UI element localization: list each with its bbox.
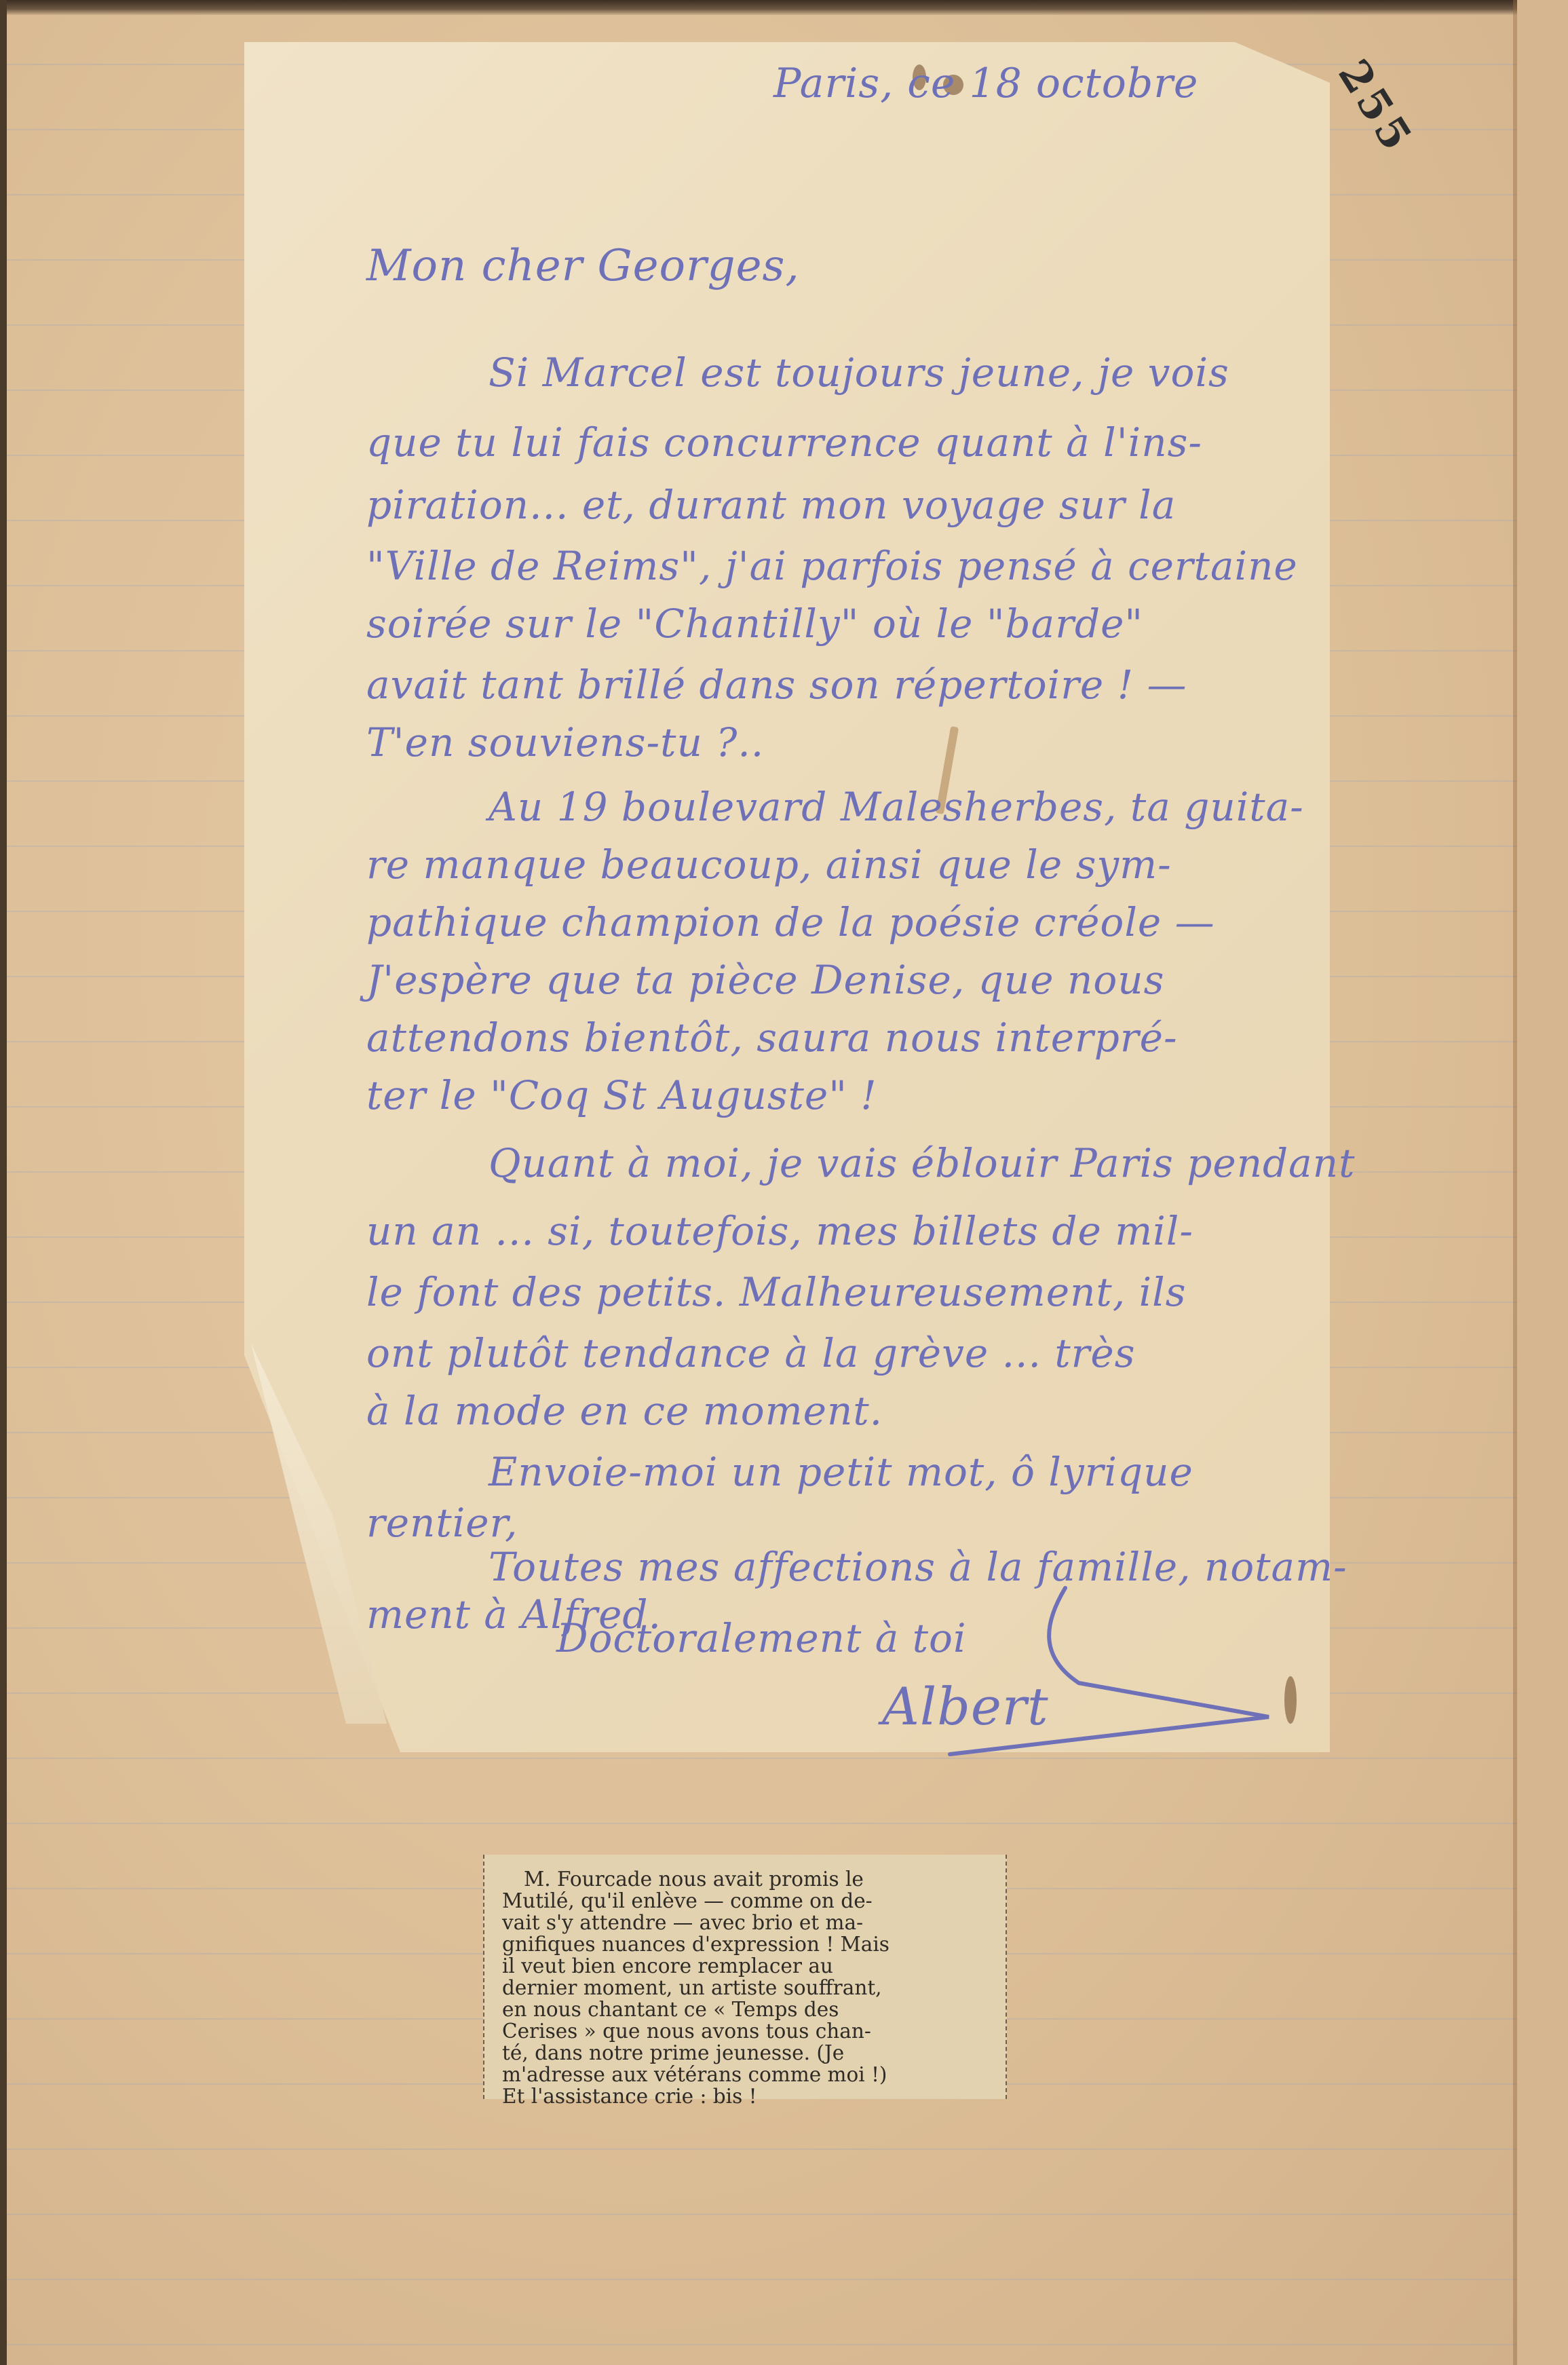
letter-line: re manque beaucoup, ainsi que le sym- — [366, 841, 1172, 888]
clipping-line: vait s'y attendre — avec brio et ma- — [502, 1912, 991, 1933]
letter-line: ter le "Coq St Auguste" ! — [366, 1072, 877, 1118]
letter-closing: Doctoralement à toi — [556, 1615, 967, 1661]
letter-line: J'espère que ta pièce Denise, que nous — [366, 957, 1164, 1003]
clipping-line: Et l'assistance crie : bis ! — [502, 2085, 991, 2107]
letter-line: Au 19 boulevard Malesherbes, ta guita- — [489, 784, 1304, 830]
letter-line: pathique champion de la poésie créole — — [366, 899, 1215, 945]
newspaper-clipping: M. Fourcade nous avait promis le Mutilé,… — [483, 1855, 1007, 2099]
clipping-line: té, dans notre prime jeunesse. (Je — [502, 2042, 991, 2064]
letter-line: le font des petits. Malheureusement, ils — [366, 1269, 1186, 1315]
scrapbook-page: 255 Paris, ce 18 octobre Mon cher George… — [0, 0, 1568, 2365]
binding-edge — [0, 0, 7, 2365]
clipping-line: M. Fourcade nous avait promis le — [502, 1868, 991, 1890]
page-number-stamp: 255 — [1328, 51, 1423, 162]
clipping-line: gnifiques nuances d'expression ! Mais — [502, 1933, 991, 1955]
letter-line: rentier, — [366, 1500, 518, 1546]
letter-line: piration... et, durant mon voyage sur la — [366, 482, 1176, 528]
letter-line: ont plutôt tendance à la grève ... très — [366, 1330, 1135, 1376]
letter-salutation: Mon cher Georges, — [366, 241, 800, 291]
letter-line: T'en souviens-tu ?.. — [366, 719, 764, 765]
letter-line: attendons bientôt, saura nous interpré- — [366, 1015, 1178, 1061]
signature-flourish — [909, 1581, 1289, 1758]
letter-line: Quant à moi, je vais éblouir Paris penda… — [489, 1140, 1355, 1186]
page-top-edge — [0, 0, 1568, 15]
clipping-line: Cerises » que nous avons tous chan- — [502, 2020, 991, 2042]
clipping-line: en nous chantant ce « Temps des — [502, 1999, 991, 2020]
letter-line: que tu lui fais concurrence quant à l'in… — [366, 419, 1202, 466]
letter-line: Si Marcel est toujours jeune, je vois — [489, 349, 1229, 396]
letter-line: "Ville de Reims", j'ai parfois pensé à c… — [366, 543, 1298, 589]
letter-line: à la mode en ce moment. — [366, 1388, 883, 1434]
clipping-line: il veut bien encore remplacer au — [502, 1955, 991, 1977]
clipping-line: m'adresse aux vétérans comme moi !) — [502, 2064, 991, 2085]
clipping-line: Mutilé, qu'il enlève — comme on de- — [502, 1890, 991, 1912]
letter-line: un an ... si, toutefois, mes billets de … — [366, 1208, 1193, 1254]
letter-line: soirée sur le "Chantilly" où le "barde" — [366, 601, 1143, 647]
next-page-edge — [1517, 0, 1568, 2365]
clipping-line: dernier moment, un artiste souffrant, — [502, 1977, 991, 1999]
handwritten-letter — [244, 42, 1330, 1752]
letter-line: avait tant brillé dans son répertoire ! … — [366, 662, 1187, 708]
letter-dateline: Paris, ce 18 octobre — [773, 60, 1198, 107]
letter-line: Envoie-moi un petit mot, ô lyrique — [489, 1449, 1193, 1495]
